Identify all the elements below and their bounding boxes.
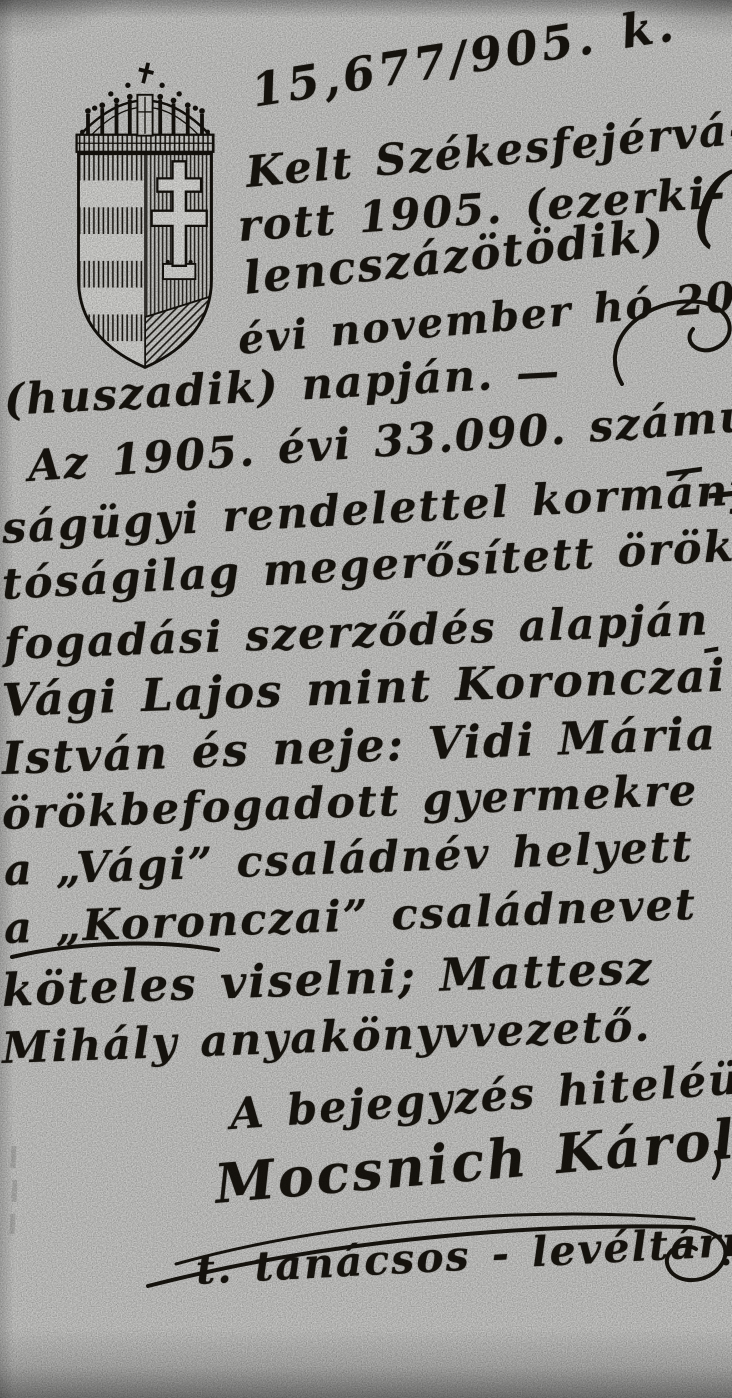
margin-paren-mark: ( (687, 148, 732, 259)
scanned-document-page: 15,677/905. k. Kelt Székesfejérvá- rott … (0, 0, 732, 1398)
scan-edge-bottom (0, 1328, 732, 1398)
hungarian-coat-of-arms-icon (50, 56, 240, 392)
scan-corner-shadow (0, 0, 120, 40)
reference-number: 15,677/905. k. (248, 0, 681, 118)
margin-dash-mark: — (703, 464, 732, 519)
margin-dash-mark: — (661, 443, 707, 495)
signature-title: t. tanácsos - levéltárnok. (195, 1213, 732, 1294)
